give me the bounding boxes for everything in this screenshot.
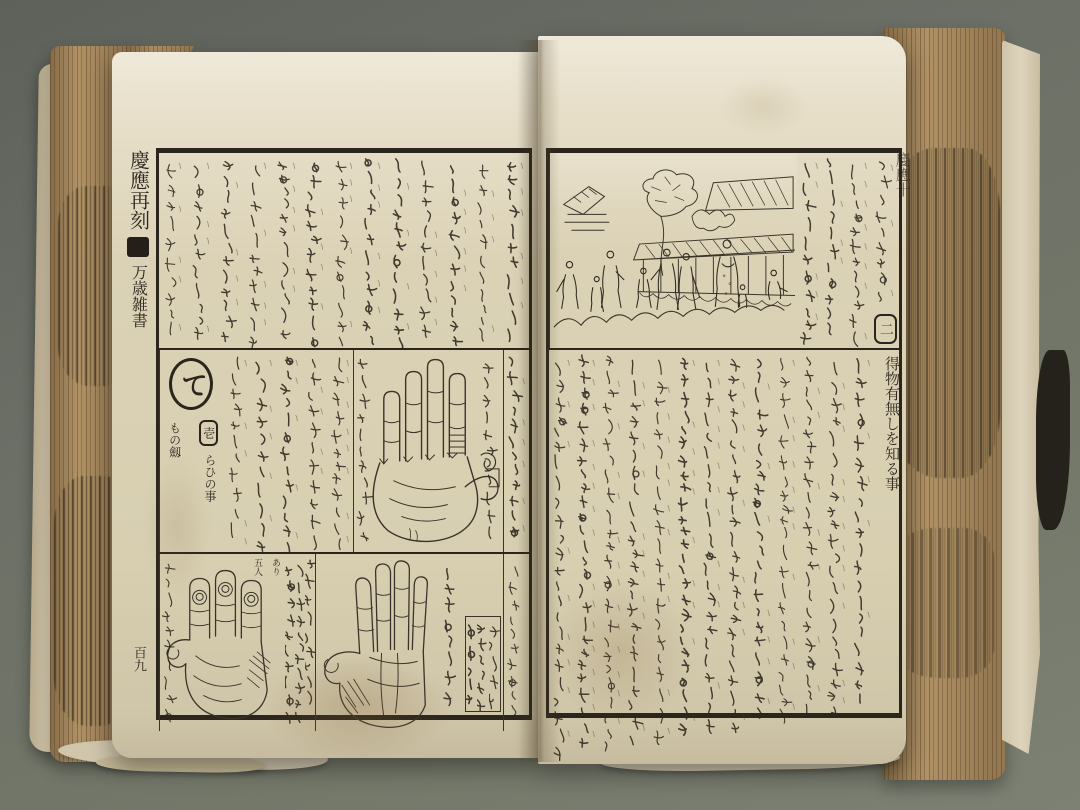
left-text-frame: て 壱 もの劔 らひの事	[156, 148, 532, 720]
text-block-lower	[285, 554, 315, 731]
text-column	[824, 350, 849, 765]
text-column	[216, 153, 244, 348]
text-column	[441, 558, 461, 727]
section-caption: らひの事	[203, 454, 216, 502]
text-column	[549, 350, 574, 765]
text-column	[466, 617, 477, 711]
left-page: 慶應再刻 万歳雑書 百九	[112, 52, 538, 758]
text-column	[649, 350, 674, 765]
text-block-right-body	[549, 350, 874, 765]
text-column	[624, 350, 649, 765]
palm-diagram-panel-1	[353, 350, 503, 552]
right-cover-edge	[1002, 40, 1040, 754]
photograph-of-open-book: 慶應再刻 万歳雑書 百九	[0, 0, 1080, 810]
diagram-label: 五人	[252, 558, 261, 576]
text-column	[822, 153, 847, 348]
text-column	[328, 350, 353, 552]
section-caption: もの劔	[168, 422, 181, 458]
item-number: 壱	[202, 427, 215, 439]
item-number-box: 壱	[199, 420, 218, 446]
text-column	[797, 153, 822, 348]
text-column	[187, 153, 215, 348]
page-stain	[718, 76, 808, 136]
text-column	[799, 350, 824, 765]
text-column	[356, 354, 376, 548]
street-scene-illustration	[550, 153, 797, 348]
black-bar-ornament	[127, 237, 149, 257]
text-column	[599, 350, 624, 765]
middle-band: て 壱 もの劔 らひの事	[159, 350, 529, 554]
text-column	[358, 153, 386, 348]
left-page-margin-column: 慶應再刻 万歳雑書 百九	[123, 150, 153, 716]
right-page: 二	[538, 36, 906, 764]
text-column	[159, 153, 187, 348]
text-block-middle	[226, 350, 353, 552]
text-column	[387, 153, 415, 348]
text-column	[481, 354, 501, 548]
text-column	[226, 350, 251, 552]
kana-te: て	[177, 371, 205, 398]
diagram-label: あり	[270, 558, 279, 576]
text-column	[301, 153, 329, 348]
right-text-frame: 二	[546, 148, 902, 718]
text-column	[501, 153, 529, 348]
framed-annotation-box	[465, 616, 501, 712]
text-column	[724, 350, 749, 765]
text-column	[574, 350, 599, 765]
section-circle-kana: て	[169, 358, 213, 410]
edge-shadow-notch	[1036, 350, 1070, 530]
text-column	[472, 153, 500, 348]
lower-band: あり 五人	[159, 554, 529, 731]
text-column	[162, 558, 178, 727]
running-title-partial: 慶應十	[894, 152, 910, 197]
text-column	[477, 617, 488, 711]
palm-diagram-panel-3: あり 五人	[159, 554, 285, 731]
text-column	[295, 554, 305, 731]
text-block-right-top	[797, 153, 871, 348]
text-column	[846, 153, 871, 348]
text-column	[305, 554, 315, 731]
running-title: 慶應再刻	[128, 150, 149, 230]
text-block-top	[159, 153, 529, 350]
hand-illustration-fingerprint-whorls	[160, 554, 285, 731]
text-column	[674, 350, 699, 765]
page-number: 百九	[131, 646, 145, 672]
right-page-margin-column: 慶應十	[894, 152, 910, 572]
text-column	[415, 153, 443, 348]
text-column	[503, 554, 529, 731]
text-column	[444, 153, 472, 348]
right-top-band: 二	[549, 153, 899, 350]
text-column	[330, 153, 358, 348]
right-body-band: 得物有無しを知る事	[549, 350, 899, 765]
palm-diagram-panel-2	[315, 554, 463, 731]
annotation-column	[463, 554, 503, 731]
text-column	[503, 350, 529, 552]
text-column	[251, 350, 276, 552]
text-column	[489, 617, 500, 711]
text-column	[277, 350, 302, 552]
text-column	[849, 350, 874, 765]
text-column	[774, 350, 799, 765]
text-column	[749, 350, 774, 765]
text-column	[302, 350, 327, 552]
section-index-panel: て 壱 もの劔 らひの事	[159, 350, 226, 552]
series-title: 万歳雑書	[130, 264, 147, 328]
text-column	[699, 350, 724, 765]
chapter-number: 二	[878, 322, 893, 336]
text-column	[244, 153, 272, 348]
text-column	[273, 153, 301, 348]
text-column	[285, 554, 295, 731]
street-scene-panel	[549, 153, 797, 348]
